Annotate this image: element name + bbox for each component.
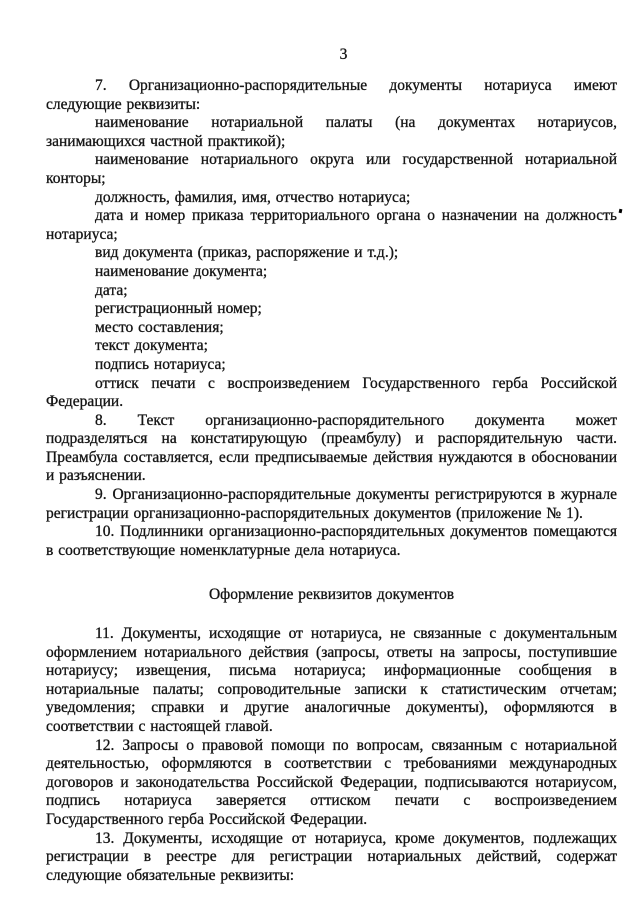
document-page: 3 7. Организационно-распорядительные док…: [0, 0, 640, 905]
page-number: 3: [46, 46, 617, 64]
paragraph: подпись нотариуса;: [46, 356, 617, 375]
paragraph: регистрационный номер;: [46, 300, 617, 319]
paragraph: 7. Организационно-распорядительные докум…: [46, 77, 617, 114]
paragraph: место составления;: [46, 319, 617, 338]
paragraph: должность, фамилия, имя, отчество нотари…: [46, 189, 617, 208]
paragraph: наименование нотариальной палаты (на док…: [46, 114, 617, 151]
section-heading: Оформление реквизитов документов: [46, 586, 617, 605]
paragraph: дата;: [46, 282, 617, 301]
paragraph: наименование документа;: [46, 263, 617, 282]
paragraph: вид документа (приказ, распоряжение и т.…: [46, 244, 617, 263]
paragraph: оттиск печати с воспроизведением Государ…: [46, 375, 617, 412]
scan-speck-artifact: [619, 209, 623, 214]
paragraph: наименование нотариального округа или го…: [46, 151, 617, 188]
paragraph: 12. Запросы о правовой помощи по вопроса…: [46, 737, 617, 830]
document-body: 7. Организационно-распорядительные докум…: [46, 77, 617, 885]
paragraph: 11. Документы, исходящие от нотариуса, н…: [46, 625, 617, 737]
paragraph: дата и номер приказа территориального ор…: [46, 207, 617, 244]
paragraph: 10. Подлинники организационно-распорядит…: [46, 523, 617, 560]
paragraph: 9. Организационно-распорядительные докум…: [46, 486, 617, 523]
paragraph: 13. Документы, исходящие от нотариуса, к…: [46, 830, 617, 886]
paragraph: 8. Текст организационно-распорядительног…: [46, 412, 617, 486]
paragraph: текст документа;: [46, 337, 617, 356]
